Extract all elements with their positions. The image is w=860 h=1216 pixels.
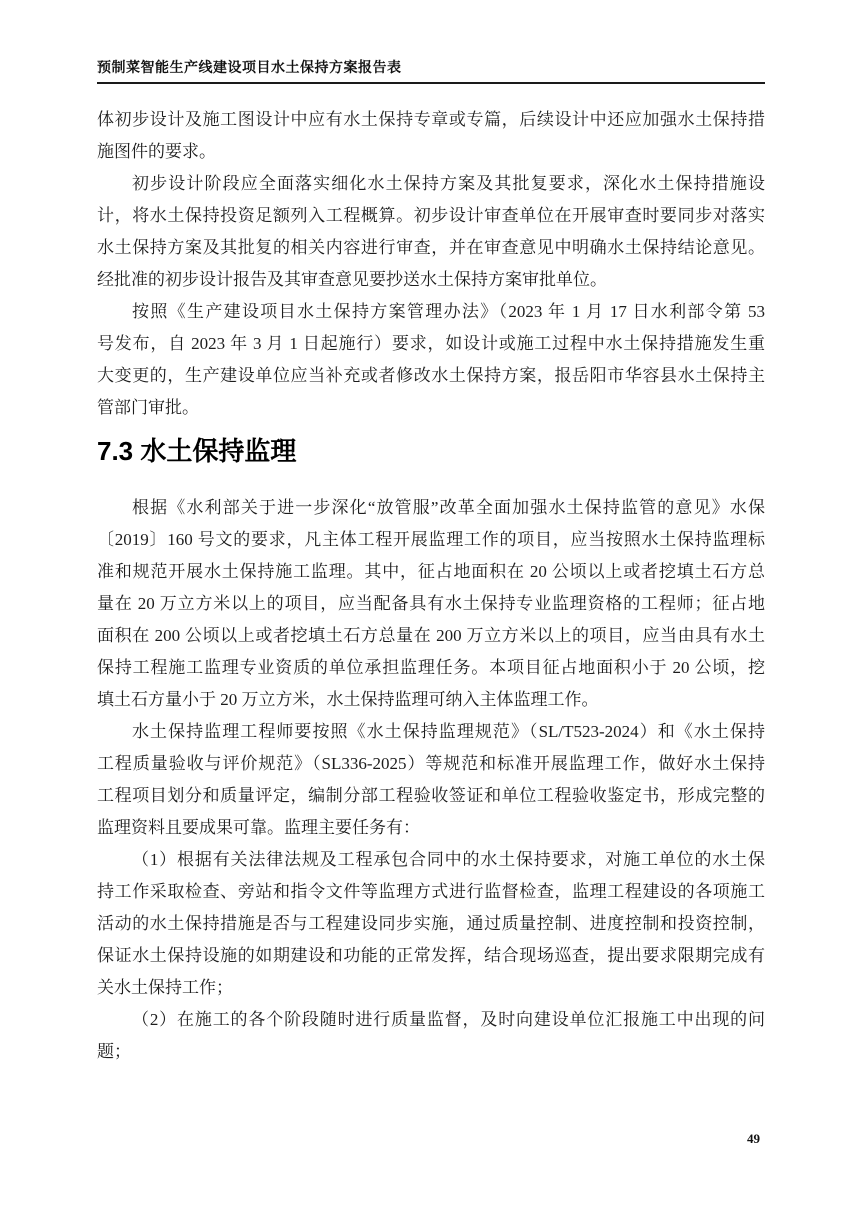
text-line: 大变更的，生产建设单位应当补充或者修改水土保持方案，报岳阳市华容县水土保持主: [97, 360, 765, 392]
section-heading: 7.3 水土保持监理: [97, 433, 765, 469]
text-line: 根据《水利部关于进一步深化“放管服”改革全面加强水土保持监管的意见》水保: [97, 492, 765, 524]
text-line: 持工作采取检查、旁站和指令文件等监理方式进行监督检查，监理工程建设的各项施工: [97, 876, 765, 908]
text-line: 面积在 200 公顷以上或者挖填土石方总量在 200 万立方米以上的项目，应当由…: [97, 620, 765, 652]
text-line: 初步设计阶段应全面落实细化水土保持方案及其批复要求，深化水土保持措施设: [97, 168, 765, 200]
text-line: 填土石方量小于 20 万立方米，水土保持监理可纳入主体监理工作。: [97, 684, 765, 716]
text-line: 计，将水土保持投资足额列入工程概算。初步设计审查单位在开展审查时要同步对落实: [97, 200, 765, 232]
text-line: 施图件的要求。: [97, 136, 765, 168]
paragraph: 根据《水利部关于进一步深化“放管服”改革全面加强水土保持监管的意见》水保〔201…: [97, 492, 765, 716]
text-line: 准和规范开展水土保持施工监理。其中，征占地面积在 20 公顷以上或者挖填土石方总: [97, 556, 765, 588]
text-line: 水土保持监理工程师要按照《水土保持监理规范》（SL/T523-2024）和《水土…: [97, 716, 765, 748]
paragraph: 初步设计阶段应全面落实细化水土保持方案及其批复要求，深化水土保持措施设计，将水土…: [97, 168, 765, 296]
text-line: 管部门审批。: [97, 392, 765, 424]
text-line: 题；: [97, 1036, 765, 1068]
paragraph: （2）在施工的各个阶段随时进行质量监督，及时向建设单位汇报施工中出现的问题；: [97, 1004, 765, 1068]
text-line: 体初步设计及施工图设计中应有水土保持专章或专篇，后续设计中还应加强水土保持措: [97, 104, 765, 136]
page-footer: 49: [747, 1130, 760, 1148]
document-body: 体初步设计及施工图设计中应有水土保持专章或专篇，后续设计中还应加强水土保持措施图…: [97, 104, 765, 1068]
text-line: 号发布，自 2023 年 3 月 1 日起施行）要求，如设计或施工过程中水土保持…: [97, 328, 765, 360]
text-line: 工程项目划分和质量评定，编制分部工程验收签证和单位工程验收鉴定书，形成完整的: [97, 780, 765, 812]
text-line: 经批准的初步设计报告及其审查意见要抄送水土保持方案审批单位。: [97, 264, 765, 296]
document-page: 预制菜智能生产线建设项目水土保持方案报告表 体初步设计及施工图设计中应有水土保持…: [0, 0, 860, 1216]
text-line: 保持工程施工监理专业资质的单位承担监理任务。本项目征占地面积小于 20 公顷，挖: [97, 652, 765, 684]
text-line: 水土保持方案及其批复的相关内容进行审查，并在审查意见中明确水土保持结论意见。: [97, 232, 765, 264]
text-line: 监理资料且要成果可靠。监理主要任务有：: [97, 812, 765, 844]
text-line: 工程质量验收与评价规范》（SL336-2025）等规范和标准开展监理工作，做好水…: [97, 748, 765, 780]
text-line: 〔2019〕160 号文的要求，凡主体工程开展监理工作的项目，应当按照水土保持监…: [97, 524, 765, 556]
header-title: 预制菜智能生产线建设项目水土保持方案报告表: [97, 60, 765, 78]
text-line: 保证水土保持设施的如期建设和功能的正常发挥，结合现场巡查，提出要求限期完成有: [97, 940, 765, 972]
text-line: 量在 20 万立方米以上的项目，应当配备具有水土保持专业监理资格的工程师；征占地: [97, 588, 765, 620]
page-header: 预制菜智能生产线建设项目水土保持方案报告表: [97, 60, 765, 84]
paragraph: 水土保持监理工程师要按照《水土保持监理规范》（SL/T523-2024）和《水土…: [97, 716, 765, 844]
text-line: 关水土保持工作；: [97, 972, 765, 1004]
text-line: 按照《生产建设项目水土保持方案管理办法》（2023 年 1 月 17 日水利部令…: [97, 296, 765, 328]
paragraph: 按照《生产建设项目水土保持方案管理办法》（2023 年 1 月 17 日水利部令…: [97, 296, 765, 424]
page-number: 49: [747, 1131, 760, 1146]
text-line: 活动的水土保持措施是否与工程建设同步实施，通过质量控制、进度控制和投资控制，: [97, 908, 765, 940]
paragraph: （1）根据有关法律法规及工程承包合同中的水土保持要求，对施工单位的水土保持工作采…: [97, 844, 765, 1004]
text-line: （2）在施工的各个阶段随时进行质量监督，及时向建设单位汇报施工中出现的问: [97, 1004, 765, 1036]
text-line: （1）根据有关法律法规及工程承包合同中的水土保持要求，对施工单位的水土保: [97, 844, 765, 876]
paragraph: 体初步设计及施工图设计中应有水土保持专章或专篇，后续设计中还应加强水土保持措施图…: [97, 104, 765, 168]
